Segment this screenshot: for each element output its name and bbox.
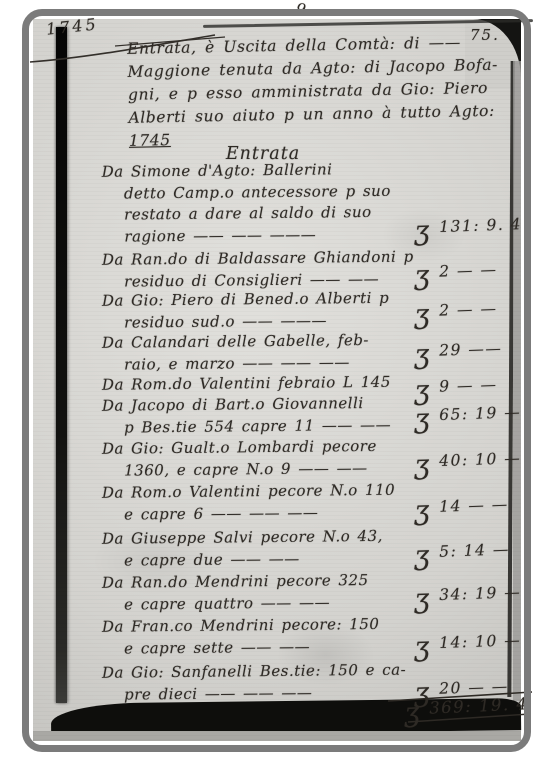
brace-flourish: ʒ xyxy=(414,540,430,572)
entry-line: e capre due —— —— xyxy=(102,547,442,572)
corner-mark: 9 xyxy=(294,0,308,19)
ledger-entry: Da Simone d'Agto: Ballerinidetto Camp.o … xyxy=(102,158,443,248)
entry-line: e capre quattro —— —— xyxy=(102,591,442,616)
ledger-entry: Da Rom.o Valentini pecore N.o 110e capre… xyxy=(102,479,442,526)
amount-value: 9 — — xyxy=(439,376,498,396)
amount-value: 29 —— xyxy=(439,339,503,359)
entry-line: e capre sette —— —— xyxy=(102,635,442,660)
ledger-entry: Da Ran.do Mendrini pecore 325e capre qua… xyxy=(102,569,442,616)
entry-line: pre dieci —— —— —— xyxy=(102,681,442,706)
amount-row: ʒ34: 19 — xyxy=(414,582,522,609)
amount-row: ʒ14 — — xyxy=(414,494,510,520)
handwriting-layer: 1745 9 75. Entrata, è Uscita della Comtà… xyxy=(0,0,534,760)
brace-flourish: ʒ xyxy=(414,215,430,247)
entry-line: Da Rom.o Valentini pecore N.o 110 xyxy=(102,479,442,504)
entry-line: Da Gio: Sanfanelli Bes.tie: 150 e ca- xyxy=(102,659,442,684)
amount-row: ʒ5: 14 — xyxy=(414,539,511,565)
ledger-entry: Da Jacopo di Bart.o Giovannellip Bes.tie… xyxy=(102,392,442,439)
amount-row: ʒ40: 10 — xyxy=(414,448,522,475)
ledger-entry: Da Gio: Piero di Bened.o Alberti presidu… xyxy=(102,287,442,334)
amount-value: 65: 19 — xyxy=(439,403,522,424)
brace-flourish: ʒ xyxy=(414,583,430,615)
amount-row: ʒ29 —— xyxy=(414,338,503,364)
amount-row: ʒ14: 10 — xyxy=(414,630,522,657)
amount-value: 2 — — xyxy=(439,261,498,281)
amount-row: ʒ131: 9. 4 xyxy=(414,214,523,241)
ledger-entry: Da Ran.do di Baldassare Ghiandoni presid… xyxy=(102,246,442,293)
brace-flourish: ʒ xyxy=(414,339,430,371)
amount-value: 14 — — xyxy=(439,495,509,515)
total-value: 369: 19. 4 xyxy=(429,694,529,717)
ledger-entry: Da Giuseppe Salvi pecore N.o 43,e capre … xyxy=(102,525,442,572)
year-label: 1745 xyxy=(45,14,99,38)
ledger-entry: Da Calandari delle Gabelle, feb-raio, e … xyxy=(102,329,442,376)
brace-flourish: ʒ xyxy=(414,299,430,331)
brace-flourish: ʒ xyxy=(414,495,430,527)
entry-line: e capre 6 —— —— —— xyxy=(102,501,442,526)
amount-row: ʒ65: 19 — xyxy=(414,402,522,429)
amount-value: 34: 19 — xyxy=(439,583,522,604)
amount-value: 131: 9. 4 xyxy=(439,215,522,236)
amount-row: ʒ2 — — xyxy=(414,260,498,286)
amount-value: 5: 14 — xyxy=(439,540,510,560)
amount-value: 2 — — xyxy=(439,300,498,320)
brace-flourish: ʒ xyxy=(414,631,430,663)
entry-line: 1360, e capre N.o 9 —— —— xyxy=(102,457,442,482)
brace-flourish: ʒ xyxy=(403,697,420,729)
brace-flourish: ʒ xyxy=(414,403,430,435)
amount-value: 40: 10 — xyxy=(439,449,522,470)
ledger-header: Entrata, è Uscita della Comtà: di —— Mag… xyxy=(127,30,529,153)
total-row: ʒ369: 19. 4 xyxy=(404,694,529,722)
ledger-entry: Da Gio: Gualt.o Lombardi pecore1360, e c… xyxy=(102,435,442,482)
brace-flourish: ʒ xyxy=(414,449,430,481)
ledger-entry: Da Fran.co Mendrini pecore: 150e capre s… xyxy=(102,613,442,660)
entry-line: Da Ran.do di Baldassare Ghiandoni p xyxy=(102,246,442,271)
ledger-entry: Da Gio: Sanfanelli Bes.tie: 150 e ca-pre… xyxy=(102,659,442,706)
amount-value: 14: 10 — xyxy=(439,631,522,652)
amount-row: ʒ2 — — xyxy=(414,299,498,325)
entry-line: ragione —— —— ——— xyxy=(102,223,442,248)
